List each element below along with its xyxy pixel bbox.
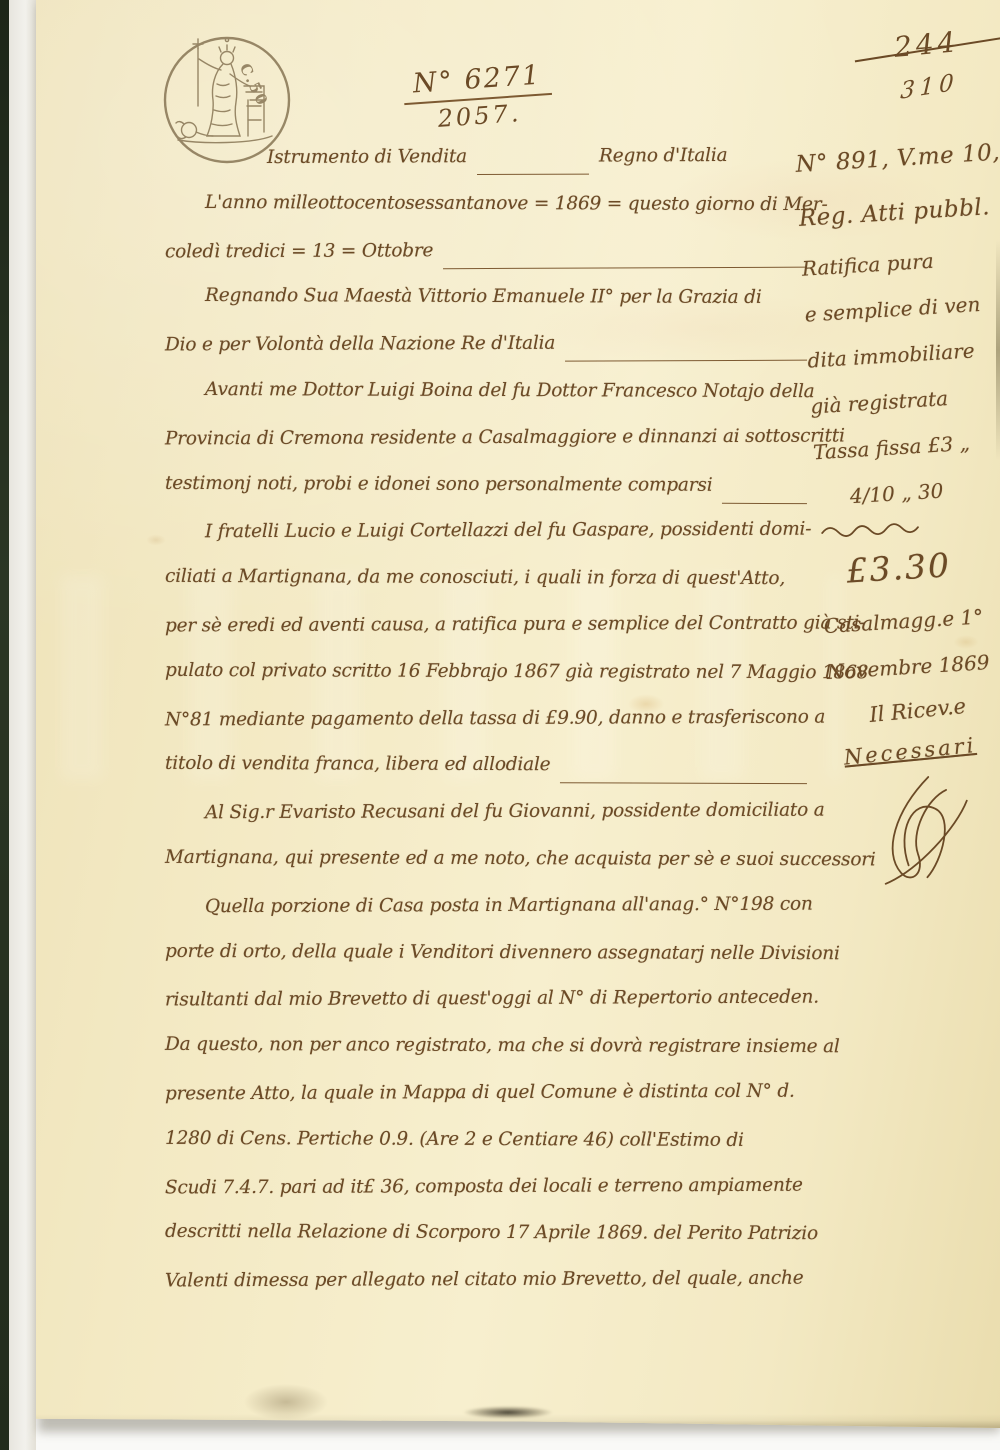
manuscript-line: porte di orto, della quale i Venditori d… [165,940,817,989]
manuscript-text: 1280 di Cens. Pertiche 0.9. (Are 2 e Cen… [165,1128,744,1151]
flourish-dash [722,502,807,503]
manuscript-text: I fratelli Lucio e Luigi Cortellazzi del… [205,519,811,543]
manuscript-line: per sè eredi ed aventi causa, a ratifica… [165,613,817,663]
manuscript-line: Quella porzione di Casa posta in Martign… [165,893,817,943]
manuscript-text: porte di orto, della quale i Venditori d… [165,940,840,963]
manuscript-text: Istrumento di Vendita [267,146,467,168]
manuscript-text: ciliati a Martignana, da me conosciuti, … [165,566,785,589]
manuscript-line: testimonj noti, probi e idonei sono pers… [165,472,817,521]
flourish-dash [565,360,807,362]
manuscript-text: Provincia di Cremona residente a Casalma… [165,425,845,449]
manuscript-line: N°81 mediante pagamento della tassa di £… [165,706,817,756]
manuscript-text: Scudi 7.4.7. pari ad it£ 36, composta de… [165,1174,803,1198]
manuscript-text: Valenti dimessa per allegato nel citato … [165,1268,804,1292]
manuscript-line: Avanti me Dottor Luigi Boina del fu Dott… [165,379,817,428]
manuscript-line: Al Sig.r Evaristo Recusani del fu Giovan… [165,800,817,850]
manuscript-text: Al Sig.r Evaristo Recusani del fu Giovan… [205,800,825,824]
manuscript-text: coledì tredici = 13 = Ottobre [165,240,433,262]
crossed-out-number: 244 [893,25,961,64]
manuscript-line: Scudi 7.4.7. pari ad it£ 36, composta de… [165,1174,817,1224]
manuscript-text: testimonj noti, probi e idonei sono pers… [165,472,712,495]
manuscript-text: N°81 mediante pagamento della tassa di £… [165,706,825,730]
signature-paraph [833,761,1000,895]
manuscript-text: Regno d'Italia [599,145,728,167]
body-lines: Istrumento di VenditaRegno d'ItaliaL'ann… [165,146,817,1316]
manuscript-text: risultanti dal mio Brevetto di quest'ogg… [165,987,819,1011]
manuscript-line: pulato col privato scritto 16 Febbrajo 1… [165,660,817,709]
manuscript-text: presente Atto, la quale in Mappa di quel… [165,1081,795,1105]
manuscript-line: risultanti dal mio Brevetto di quest'ogg… [165,987,817,1037]
manuscript-text: Quella porzione di Casa posta in Martign… [205,893,813,917]
scan-backdrop: { "page": { "description": "Scanned hand… [0,0,1000,1450]
manuscript-line: ciliati a Martignana, da me conosciuti, … [165,566,817,615]
scan-left-edge [0,0,9,1450]
manuscript-line: I fratelli Lucio e Luigi Cortellazzi del… [165,519,817,569]
manuscript-line: Istrumento di VenditaRegno d'Italia [165,145,817,195]
protocol-number: N° 6271 2057. [402,59,555,135]
manuscript-text: L'anno milleottocentosessantanove = 1869… [205,192,828,215]
manuscript-text: pulato col privato scritto 16 Febbrajo 1… [165,660,868,683]
manuscript-text: Dio e per Volontà della Nazione Re d'Ita… [165,333,555,356]
flourish-dash [443,266,807,269]
bottom-edge-smudge [454,1404,574,1418]
manuscript-text: Martignana, qui presente ed a me noto, c… [165,847,876,870]
manuscript-text: titolo di vendita franca, libera ed allo… [165,753,550,775]
margin-notes: N° 891, V.me 10,Reg. Atti pubbl.Ratifica… [794,124,1000,895]
manuscript-line: Provincia di Cremona residente a Casalma… [165,425,817,475]
manuscript-text: per sè eredi ed aventi causa, a ratifica… [165,612,865,636]
manuscript-line: descritti nella Relazione di Scorporo 17… [165,1221,817,1270]
manuscript-text: Regnando Sua Maestà Vittorio Emanuele II… [205,285,762,308]
manuscript-text: descritti nella Relazione di Scorporo 17… [165,1221,818,1244]
folio-number: 310 [900,69,960,105]
manuscript-line: Da questo, non per anco registrato, ma c… [165,1034,817,1083]
manuscript-line: Valenti dimessa per allegato nel citato … [165,1268,817,1318]
manuscript-line: presente Atto, la quale in Mappa di quel… [165,1081,817,1131]
manuscript-text: Da questo, non per anco registrato, ma c… [165,1034,840,1057]
manuscript-line: Martignana, qui presente ed a me noto, c… [165,847,817,896]
archive-corner-numbers: 244 310 [836,12,1000,122]
manuscript-line: titolo di vendita franca, libera ed allo… [165,753,817,802]
manuscript-line: coledì tredici = 13 = Ottobre [165,238,817,288]
manuscript-line: 1280 di Cens. Pertiche 0.9. (Are 2 e Cen… [165,1128,817,1177]
scan-gutter [9,0,36,1450]
flourish-dash [477,173,589,174]
manuscript-line: L'anno milleottocentosessantanove = 1869… [165,192,817,241]
manuscript-text: Avanti me Dottor Luigi Boina del fu Dott… [205,379,815,402]
manuscript-line: Dio e per Volontà della Nazione Re d'Ita… [165,332,817,382]
manuscript-line: Regnando Sua Maestà Vittorio Emanuele II… [165,285,817,334]
document-page: C.50 N° 6271 2057. 244 310 Istrumento di… [36,0,1000,1428]
flourish-dash [560,782,807,784]
